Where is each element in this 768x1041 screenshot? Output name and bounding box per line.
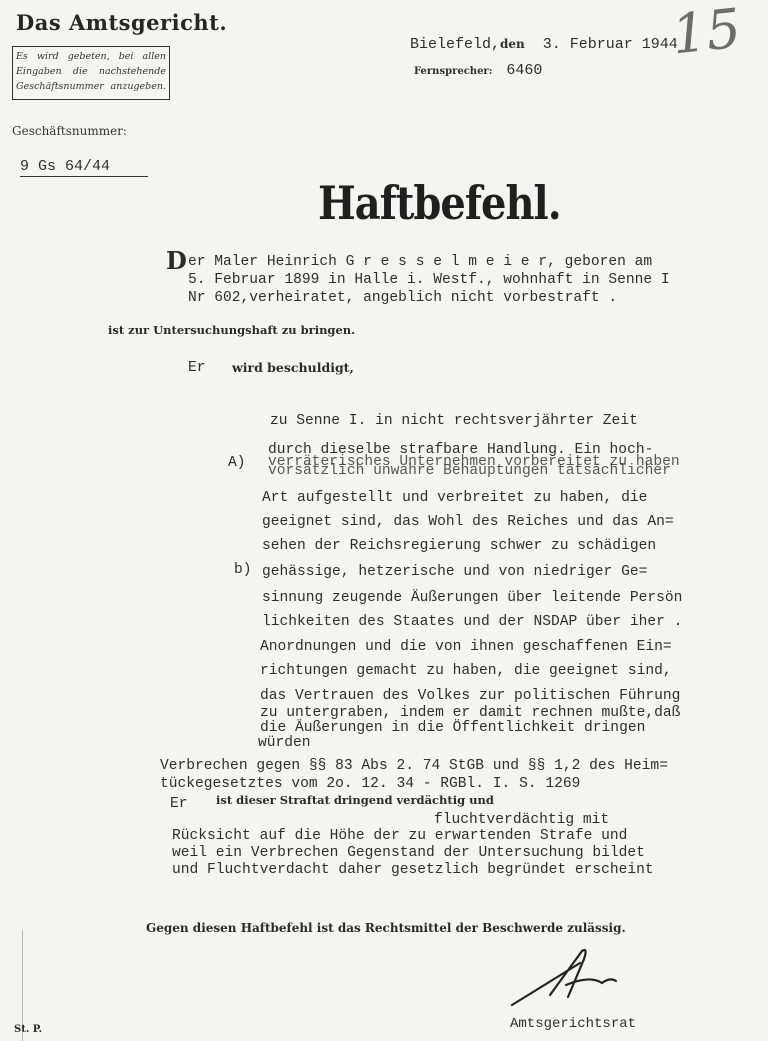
document-page: 15 Das Amtsgericht. Es wird gebeten, bei…: [0, 0, 768, 1041]
phone-label: Fernsprecher:: [414, 66, 492, 77]
offense-line: tückegesetztes vom 2o. 12. 34 - RGBl. I.…: [160, 776, 580, 792]
folio-number: 15: [669, 0, 744, 66]
accused-pronoun: Er: [188, 360, 206, 376]
charge-intro: zu Senne I. in nicht rechtsverjährter Ze…: [270, 413, 638, 429]
item-a-label: A): [228, 455, 246, 471]
item-b-line: lichkeiten des Staates und der NSDAP übe…: [262, 614, 682, 630]
item-b-line: Anordnungen und die von ihnen geschaffen…: [260, 639, 672, 655]
notice-line: Eingaben die nachstehende: [16, 64, 166, 79]
phone-number: 6460: [506, 62, 542, 79]
item-a-line: sehen der Reichsregierung schwer zu schä…: [262, 538, 656, 554]
item-b-line: richtungen gemacht zu haben, die geeigne…: [260, 663, 672, 679]
date-prefix: den: [500, 37, 525, 51]
suspicion-line: und Fluchtverdacht daher gesetzlich begr…: [172, 862, 654, 878]
item-b-line: sinnung zeugende Äußerungen über leitend…: [262, 590, 682, 606]
signatory-title: Amtsgerichtsrat: [510, 1016, 636, 1032]
offense-line: Verbrechen gegen §§ 83 Abs 2. 74 StGB un…: [160, 758, 668, 774]
item-b-line: zu untergraben, indem er damit rechnen m…: [260, 705, 680, 721]
signature-scrawl-icon: [510, 945, 620, 1015]
footer-mark: St. P.: [14, 1024, 42, 1035]
item-b-line: gehässige, hetzerische und von niedriger…: [262, 564, 647, 580]
legal-remedy-notice: Gegen diesen Haftbefehl ist das Rechtsmi…: [146, 921, 626, 935]
item-a-line: vorsätzlich unwahre Behauptungen tatsäch…: [268, 463, 671, 479]
subject-line: Nr 602,verheiratet, angeblich nicht vorb…: [188, 290, 617, 306]
initial-letter: D: [166, 246, 187, 275]
reference-label: Geschäftsnummer:: [12, 124, 127, 138]
accused-text: wird beschuldigt,: [232, 360, 354, 375]
notice-line: Geschäftsnummer anzugeben.: [16, 79, 166, 94]
city: Bielefeld,: [410, 36, 500, 53]
place-date-line: Bielefeld,den 3. Februar 1944: [410, 36, 678, 53]
notice-line: Es wird gebeten, bei allen: [16, 49, 166, 64]
phone-line: Fernsprecher:6460: [414, 62, 542, 79]
suspicion-pronoun: Er: [170, 796, 188, 812]
suspicion-line: fluchtverdächtig mit: [434, 812, 609, 828]
item-b-line: das Vertrauen des Volkes zur politischen…: [260, 688, 680, 704]
item-a-line: Art aufgestellt und verbreitet zu haben,…: [262, 490, 647, 506]
item-b-line: würden: [258, 735, 311, 751]
item-b-line: die Äußerungen in die Öffentlichkeit dri…: [260, 720, 645, 736]
item-b-label: b): [234, 562, 252, 578]
suspicion-printed: ist dieser Straftat dringend verdächtig …: [216, 793, 494, 807]
custody-line: ist zur Untersuchungshaft zu bringen.: [108, 323, 355, 337]
court-heading: Das Amtsgericht.: [16, 10, 227, 35]
reference-number: 9 Gs 64/44: [20, 158, 148, 177]
subject-line: 5. Februar 1899 in Halle i. Westf., wohn…: [188, 272, 670, 288]
item-a-line: geeignet sind, das Wohl des Reiches und …: [262, 514, 674, 530]
notice-box: Es wird gebeten, bei allen Eingaben die …: [12, 46, 170, 100]
suspicion-line: weil ein Verbrechen Gegenstand der Unter…: [172, 845, 645, 861]
suspicion-line: Rücksicht auf die Höhe der zu erwartende…: [172, 828, 627, 844]
signature: [510, 945, 620, 1020]
subject-line: er Maler Heinrich G r e s s e l m e i e …: [188, 254, 652, 270]
document-title: Haftbefehl.: [318, 176, 561, 230]
date: 3. Februar 1944: [543, 36, 678, 53]
